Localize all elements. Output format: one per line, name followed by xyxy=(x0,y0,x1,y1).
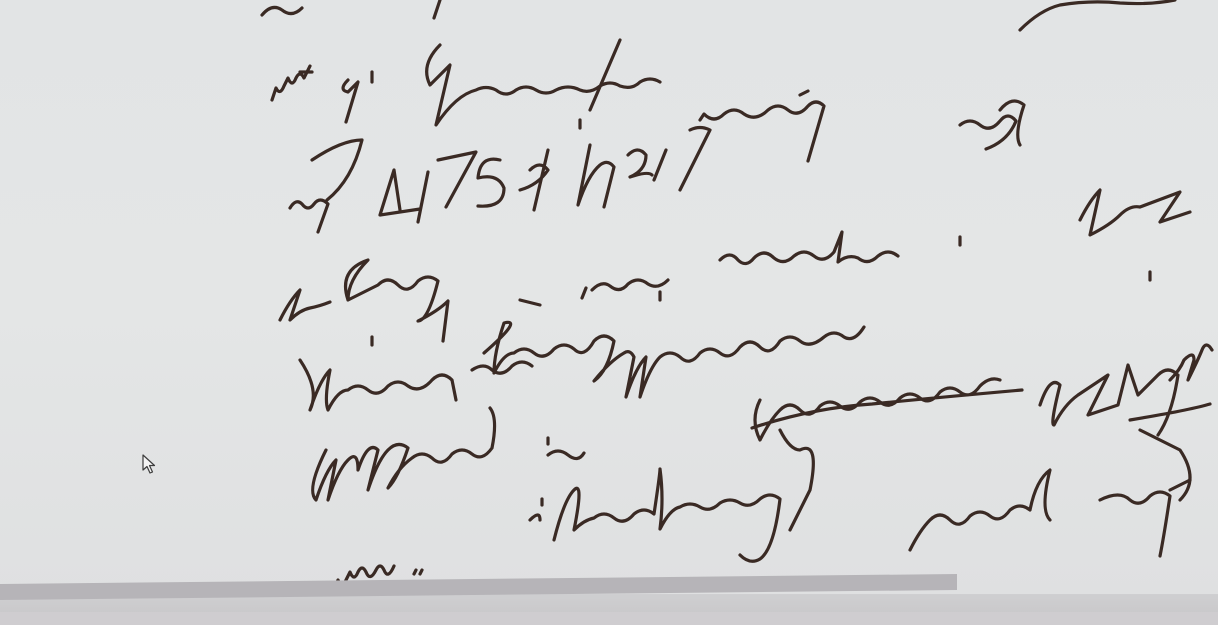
arrow-pointer-icon xyxy=(142,454,158,476)
handwriting-strokes xyxy=(0,0,1218,595)
document-viewer[interactable]: 475 xyxy=(0,0,1218,600)
manuscript-page-image: 475 xyxy=(0,0,1218,595)
window-bottom-edge xyxy=(0,612,1218,625)
